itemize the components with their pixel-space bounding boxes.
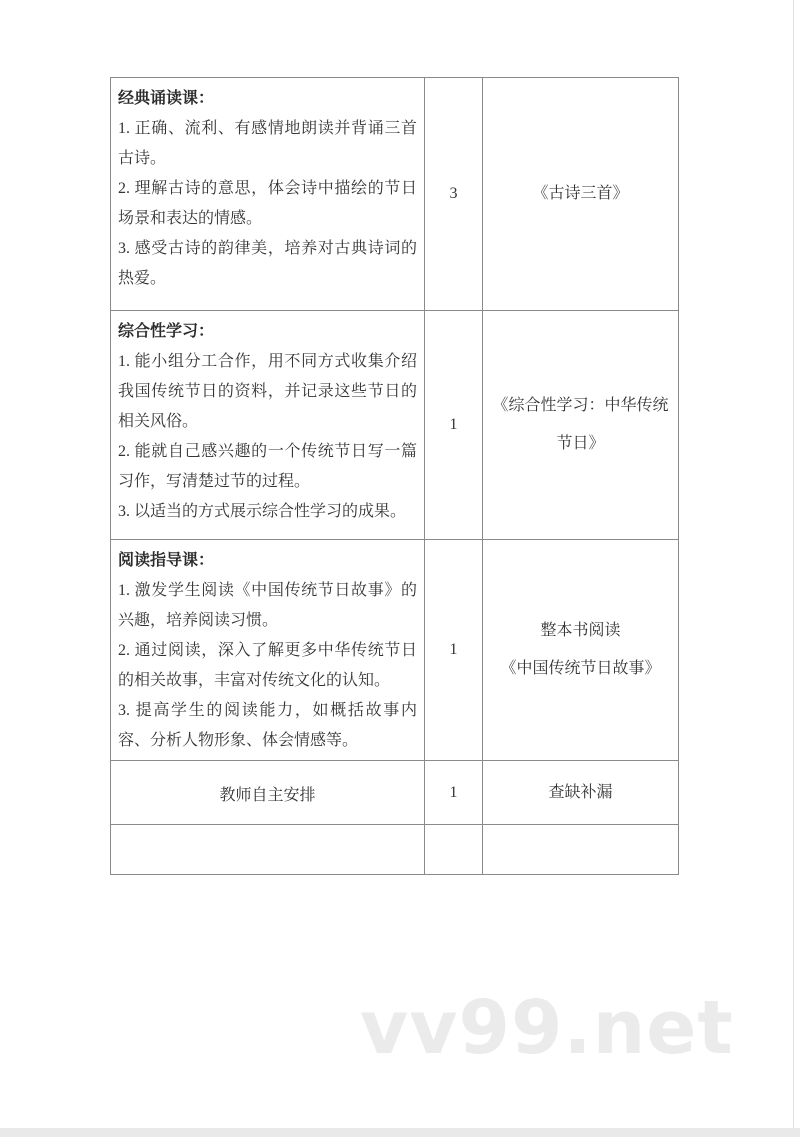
row-heading: 综合性学习：	[118, 317, 417, 347]
hours-cell: 1	[425, 311, 483, 540]
material-cell	[483, 825, 679, 875]
objectives-cell: 教师自主安排	[111, 761, 425, 825]
lesson-plan-table: 经典诵读课： 1. 正确、流利、有感情地朗读并背诵三首古诗。 2. 理解古诗的意…	[110, 77, 679, 875]
table-row-classic-recitation: 经典诵读课： 1. 正确、流利、有感情地朗读并背诵三首古诗。 2. 理解古诗的意…	[111, 78, 679, 311]
bottom-gray-bar	[0, 1128, 800, 1137]
page-edge-divider	[793, 0, 794, 1128]
material-line: 《古诗三首》	[487, 175, 674, 213]
objectives-cell: 综合性学习： 1. 能小组分工合作，用不同方式收集介绍我国传统节日的资料，并记录…	[111, 311, 425, 540]
objectives-cell: 阅读指导课： 1. 激发学生阅读《中国传统节日故事》的兴趣，培养阅读习惯。 2.…	[111, 540, 425, 761]
row-heading: 阅读指导课：	[118, 546, 417, 576]
hours-cell	[425, 825, 483, 875]
objective-item: 3. 提高学生的阅读能力，如概括故事内容、分析人物形象、体会情感等。	[118, 696, 417, 756]
hours-cell: 1	[425, 761, 483, 825]
hours-cell: 3	[425, 78, 483, 311]
objective-item: 2. 能就自己感兴趣的一个传统节日写一篇习作，写清楚过节的过程。	[118, 437, 417, 497]
objective-item: 1. 能小组分工合作，用不同方式收集介绍我国传统节日的资料，并记录这些节日的相关…	[118, 347, 417, 437]
hours-cell: 1	[425, 540, 483, 761]
material-line: 《综合性学习：中华传统节日》	[487, 387, 674, 463]
material-line: 查缺补漏	[487, 774, 674, 812]
objective-item: 1. 激发学生阅读《中国传统节日故事》的兴趣，培养阅读习惯。	[118, 576, 417, 636]
table-row-reading-guidance: 阅读指导课： 1. 激发学生阅读《中国传统节日故事》的兴趣，培养阅读习惯。 2.…	[111, 540, 679, 761]
objective-item: 3. 以适当的方式展示综合性学习的成果。	[118, 497, 417, 527]
material-line: 《中国传统节日故事》	[487, 650, 674, 688]
material-cell: 《古诗三首》	[483, 78, 679, 311]
objective-item: 2. 理解古诗的意思，体会诗中描绘的节日场景和表达的情感。	[118, 174, 417, 234]
objective-item: 2. 通过阅读，深入了解更多中华传统节日的相关故事，丰富对传统文化的认知。	[118, 636, 417, 696]
objectives-cell	[111, 825, 425, 875]
table-row-integrated-learning: 综合性学习： 1. 能小组分工合作，用不同方式收集介绍我国传统节日的资料，并记录…	[111, 311, 679, 540]
watermark-text: vv99.net	[360, 985, 734, 1071]
material-line: 整本书阅读	[487, 612, 674, 650]
table-row-teacher-arranged: 教师自主安排 1 查缺补漏	[111, 761, 679, 825]
material-cell: 整本书阅读 《中国传统节日故事》	[483, 540, 679, 761]
row-heading: 经典诵读课：	[118, 84, 417, 114]
table-row-empty	[111, 825, 679, 875]
objective-item: 1. 正确、流利、有感情地朗读并背诵三首古诗。	[118, 114, 417, 174]
objectives-cell: 经典诵读课： 1. 正确、流利、有感情地朗读并背诵三首古诗。 2. 理解古诗的意…	[111, 78, 425, 311]
material-cell: 《综合性学习：中华传统节日》	[483, 311, 679, 540]
material-cell: 查缺补漏	[483, 761, 679, 825]
objective-item: 3. 感受古诗的韵律美，培养对古典诗词的热爱。	[118, 234, 417, 294]
